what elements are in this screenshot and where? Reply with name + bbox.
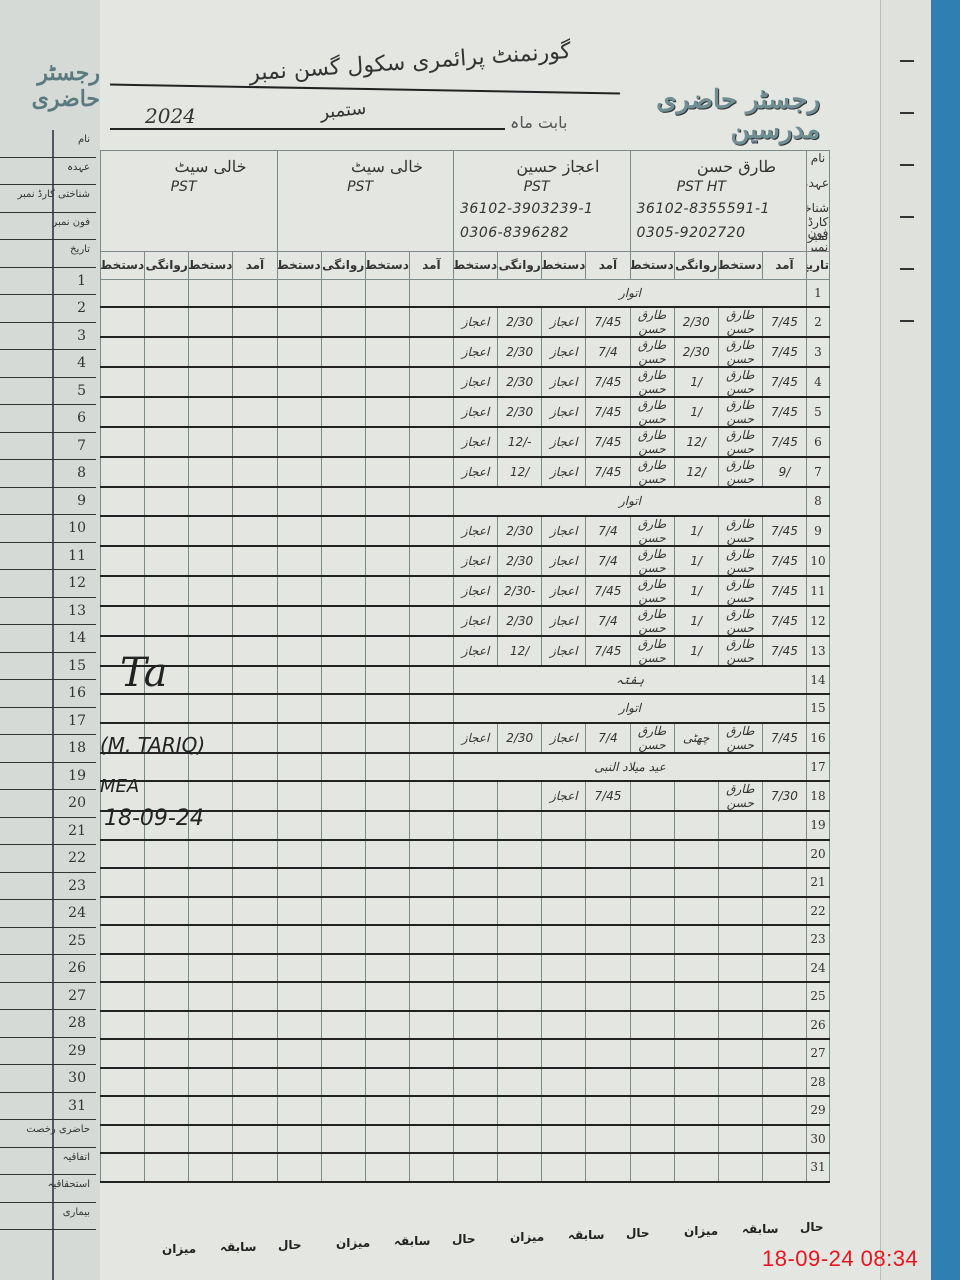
attendance-cell xyxy=(454,982,498,1011)
left-date-row: 17 xyxy=(0,708,96,736)
attendance-cell: 7/45 xyxy=(762,606,806,636)
date-cell: 4 xyxy=(807,367,830,397)
attendance-cell xyxy=(365,279,409,307)
attendance-cell xyxy=(409,307,453,337)
attendance-cell: 7/4 xyxy=(586,546,630,576)
attendance-cell xyxy=(189,694,233,723)
attendance-cell xyxy=(718,1011,762,1040)
left-date-row: 7 xyxy=(0,433,96,461)
attendance-cell xyxy=(762,811,806,840)
attendance-cell xyxy=(365,897,409,926)
footer-label: میزان xyxy=(336,1236,370,1250)
attendance-cell xyxy=(365,576,409,606)
attendance-cell xyxy=(277,576,321,606)
left-date-row: 16 xyxy=(0,680,96,708)
attendance-cell: 2/30 xyxy=(498,397,542,427)
attendance-cell xyxy=(409,367,453,397)
left-footer-row: اتفاقیہ xyxy=(0,1148,96,1176)
date-cell: 3 xyxy=(807,337,830,367)
attendance-cell xyxy=(145,367,189,397)
attendance-cell: طارق حسن xyxy=(630,427,674,457)
attendance-cell xyxy=(630,868,674,897)
attendance-cell: 7/30 xyxy=(762,781,806,811)
left-date-row: 9 xyxy=(0,488,96,516)
attendance-cell: اعجاز xyxy=(542,516,586,546)
staff-header-row: خالی سیٹPSTخالی سیٹPSTاعجاز حسینPST36102… xyxy=(101,151,830,252)
attendance-cell: 7/45 xyxy=(762,367,806,397)
holiday-note: ہفتہ xyxy=(454,666,807,695)
left-date-row: 3 xyxy=(0,323,96,351)
attendance-cell: 2/30- xyxy=(498,576,542,606)
attendance-cell xyxy=(321,982,365,1011)
staff-designation: PST xyxy=(524,179,550,195)
attendance-cell xyxy=(233,954,277,983)
left-date-number: 18 xyxy=(68,740,86,756)
attendance-cell xyxy=(586,1011,630,1040)
attendance-cell: طارق حسن xyxy=(630,636,674,666)
attendance-cell: اعجاز xyxy=(542,367,586,397)
attendance-cell xyxy=(454,868,498,897)
attendance-cell xyxy=(233,487,277,516)
attendance-cell xyxy=(365,546,409,576)
attendance-cell xyxy=(498,1125,542,1154)
attendance-cell: اعجاز xyxy=(542,427,586,457)
attendance-cell xyxy=(321,840,365,869)
attendance-cell xyxy=(233,811,277,840)
attendance-cell xyxy=(189,954,233,983)
register-title: رجسٹر حاضری مدرسین xyxy=(620,85,820,145)
staff-designation: PST xyxy=(171,179,197,195)
inspector-name: (M. TARIQ) xyxy=(100,733,205,757)
attendance-cell xyxy=(101,279,145,307)
left-date-row: 8 xyxy=(0,460,96,488)
attendance-cell: 12/- xyxy=(498,427,542,457)
attendance-cell xyxy=(586,1125,630,1154)
footer-label: سابقہ xyxy=(568,1228,604,1242)
left-date-row: 10 xyxy=(0,515,96,543)
attendance-cell xyxy=(365,1153,409,1182)
left-date-number: 5 xyxy=(77,383,86,399)
attendance-cell: اعجاز xyxy=(454,307,498,337)
attendance-cell: اعجاز xyxy=(454,723,498,753)
date-cell: 6 xyxy=(807,427,830,457)
attendance-cell xyxy=(321,753,365,782)
date-cell: 2 xyxy=(807,307,830,337)
date-cell: 29 xyxy=(807,1096,830,1125)
date-cell: 12 xyxy=(807,606,830,636)
attendance-cell xyxy=(145,546,189,576)
staff-name: طارق حسن xyxy=(697,157,776,176)
attendance-cell xyxy=(145,1125,189,1154)
attendance-cell xyxy=(145,457,189,487)
attendance-cell xyxy=(101,606,145,636)
left-date-row: 5 xyxy=(0,378,96,406)
left-date-number: 30 xyxy=(68,1070,86,1086)
attendance-cell xyxy=(101,307,145,337)
attendance-cell xyxy=(233,723,277,753)
attendance-cell xyxy=(189,868,233,897)
left-footer-label: اتفاقیہ xyxy=(63,1152,90,1163)
attendance-cell xyxy=(542,811,586,840)
attendance-cell xyxy=(365,606,409,636)
attendance-cell: طارق حسن xyxy=(718,723,762,753)
attendance-cell: 7/45 xyxy=(762,337,806,367)
attendance-cell xyxy=(277,925,321,954)
attendance-cell xyxy=(365,811,409,840)
year-value: 2024 xyxy=(145,104,196,128)
attendance-cell: 7/45 xyxy=(586,576,630,606)
attendance-cell xyxy=(101,516,145,546)
attendance-cell xyxy=(365,427,409,457)
attendance-cell: 1/ xyxy=(674,606,718,636)
attendance-cell xyxy=(762,840,806,869)
attendance-cell: 7/45 xyxy=(762,636,806,666)
attendance-cell xyxy=(718,1039,762,1068)
attendance-cell xyxy=(321,636,365,666)
attendance-cell: 7/45 xyxy=(762,576,806,606)
attendance-cell xyxy=(321,279,365,307)
attendance-row: اعجاز2/30اعجاز7/4طارق حسنچھٹیطارق حسن7/4… xyxy=(101,723,830,753)
attendance-cell xyxy=(101,694,145,723)
attendance-cell: 7/45 xyxy=(762,397,806,427)
attendance-cell xyxy=(365,982,409,1011)
inspector-signature: Ta xyxy=(120,650,167,696)
left-date-row: 1 xyxy=(0,268,96,296)
attendance-cell: 7/45 xyxy=(586,636,630,666)
attendance-cell xyxy=(101,840,145,869)
date-cell: 13 xyxy=(807,636,830,666)
attendance-cell xyxy=(498,840,542,869)
attendance-cell xyxy=(321,307,365,337)
attendance-row: اعجاز2/30اعجاز7/4طارق حسن1/طارق حسن7/459 xyxy=(101,516,830,546)
attendance-row: 21 xyxy=(101,868,830,897)
attendance-cell: طارق حسن xyxy=(630,546,674,576)
attendance-cell xyxy=(233,397,277,427)
attendance-cell xyxy=(409,279,453,307)
attendance-cell xyxy=(674,840,718,869)
attendance-cell xyxy=(277,397,321,427)
attendance-cell xyxy=(277,457,321,487)
attendance-cell xyxy=(409,427,453,457)
date-cell: 24 xyxy=(807,954,830,983)
attendance-cell xyxy=(321,1096,365,1125)
attendance-cell xyxy=(409,925,453,954)
left-date-number: 27 xyxy=(68,988,86,1004)
attendance-cell xyxy=(233,1125,277,1154)
attendance-cell xyxy=(718,1068,762,1097)
attendance-cell xyxy=(365,666,409,695)
staff-phone: 0306-8396282 xyxy=(460,225,569,241)
left-page: رجسٹر حاضری نامعہدہشناختی کارڈ نمبرفون ن… xyxy=(0,0,103,1280)
attendance-cell xyxy=(101,1096,145,1125)
attendance-cell xyxy=(277,606,321,636)
attendance-cell xyxy=(674,954,718,983)
attendance-cell xyxy=(321,954,365,983)
attendance-row: 29 xyxy=(101,1096,830,1125)
attendance-cell xyxy=(586,1153,630,1182)
staff-info: خالی سیٹPST xyxy=(278,151,454,251)
attendance-cell: طارق حسن xyxy=(630,516,674,546)
attendance-cell: طارق حسن xyxy=(630,723,674,753)
attendance-cell xyxy=(454,1125,498,1154)
attendance-cell: طارق حسن xyxy=(718,576,762,606)
attendance-cell xyxy=(101,925,145,954)
attendance-row: اعجاز2/30اعجاز7/45طارق حسن1/طارق حسن7/45… xyxy=(101,397,830,427)
attendance-cell xyxy=(321,457,365,487)
left-footer-row: بیماری xyxy=(0,1203,96,1231)
attendance-cell xyxy=(409,337,453,367)
attendance-cell xyxy=(586,1068,630,1097)
attendance-table: خالی سیٹPSTخالی سیٹPSTاعجاز حسینPST36102… xyxy=(100,150,830,1183)
attendance-cell xyxy=(321,811,365,840)
attendance-cell: طارق حسن xyxy=(718,781,762,811)
attendance-cell xyxy=(630,1096,674,1125)
attendance-cell: اعجاز xyxy=(542,337,586,367)
attendance-cell xyxy=(321,546,365,576)
date-cell: 26 xyxy=(807,1011,830,1040)
attendance-cell xyxy=(409,811,453,840)
attendance-cell xyxy=(145,427,189,457)
left-date-number: 24 xyxy=(68,905,86,921)
attendance-cell xyxy=(542,1068,586,1097)
attendance-cell: چھٹی xyxy=(674,723,718,753)
date-cell: 17 xyxy=(807,753,830,782)
date-cell: 8 xyxy=(807,487,830,516)
attendance-cell: طارق حسن xyxy=(718,516,762,546)
attendance-row: 25 xyxy=(101,982,830,1011)
attendance-cell xyxy=(365,367,409,397)
attendance-cell xyxy=(762,1153,806,1182)
attendance-cell xyxy=(498,925,542,954)
attendance-cell xyxy=(189,982,233,1011)
left-date-number: 14 xyxy=(68,630,86,646)
attendance-cell xyxy=(409,753,453,782)
staff-designation: PST HT xyxy=(677,179,726,195)
staff-phone: 0305-9202720 xyxy=(637,225,746,241)
attendance-cell xyxy=(365,516,409,546)
attendance-cell xyxy=(189,1011,233,1040)
left-date-row: 26 xyxy=(0,955,96,983)
attendance-cell xyxy=(762,1096,806,1125)
attendance-cell xyxy=(233,666,277,695)
attendance-cell: اعجاز xyxy=(542,781,586,811)
attendance-cell xyxy=(365,868,409,897)
left-date-number: 21 xyxy=(68,823,86,839)
column-header: دستخط xyxy=(630,252,674,280)
attendance-cell xyxy=(674,811,718,840)
attendance-cell xyxy=(454,1039,498,1068)
attendance-cell xyxy=(454,1153,498,1182)
attendance-cell xyxy=(145,1068,189,1097)
attendance-cell xyxy=(321,606,365,636)
attendance-cell: 7/45 xyxy=(586,457,630,487)
attendance-cell xyxy=(321,781,365,811)
attendance-cell xyxy=(145,1011,189,1040)
attendance-cell xyxy=(409,954,453,983)
attendance-cell xyxy=(321,516,365,546)
left-date-number: 3 xyxy=(77,328,86,344)
attendance-cell: اعجاز xyxy=(542,546,586,576)
attendance-cell: طارق حسن xyxy=(718,427,762,457)
attendance-cell xyxy=(409,606,453,636)
attendance-cell xyxy=(189,516,233,546)
attendance-cell xyxy=(542,1153,586,1182)
attendance-cell: طارق حسن xyxy=(630,457,674,487)
staff-name: خالی سیٹ xyxy=(174,157,246,176)
attendance-cell xyxy=(145,897,189,926)
left-date-number: 26 xyxy=(68,960,86,976)
left-date-number: 1 xyxy=(77,273,86,289)
attendance-cell: 12/ xyxy=(498,636,542,666)
attendance-cell xyxy=(277,516,321,546)
attendance-cell: اعجاز xyxy=(542,397,586,427)
attendance-cell: اعجاز xyxy=(454,546,498,576)
attendance-cell: 9/ xyxy=(762,457,806,487)
attendance-cell xyxy=(586,840,630,869)
attendance-cell xyxy=(321,666,365,695)
attendance-cell: 7/45 xyxy=(586,367,630,397)
attendance-cell xyxy=(277,427,321,457)
attendance-cell xyxy=(762,1039,806,1068)
attendance-cell xyxy=(674,1125,718,1154)
attendance-cell xyxy=(409,516,453,546)
left-date-row: 25 xyxy=(0,928,96,956)
attendance-cell xyxy=(277,1068,321,1097)
attendance-cell xyxy=(145,954,189,983)
attendance-cell: 7/45 xyxy=(586,307,630,337)
attendance-cell xyxy=(674,925,718,954)
attendance-cell xyxy=(454,954,498,983)
left-date-number: 20 xyxy=(68,795,86,811)
attendance-cell xyxy=(277,1011,321,1040)
attendance-cell xyxy=(233,753,277,782)
attendance-row: 26 xyxy=(101,1011,830,1040)
attendance-cell: اعجاز xyxy=(454,367,498,397)
attendance-cell: اعجاز xyxy=(542,606,586,636)
attendance-cell xyxy=(630,982,674,1011)
month-line xyxy=(110,128,505,130)
attendance-cell xyxy=(762,925,806,954)
staff-column-header: خالی سیٹPST xyxy=(101,151,278,252)
attendance-cell xyxy=(365,1068,409,1097)
attendance-cell: طارق حسن xyxy=(718,546,762,576)
left-date-number: 13 xyxy=(68,603,86,619)
attendance-cell xyxy=(277,546,321,576)
attendance-cell xyxy=(145,1096,189,1125)
row-label: عہدہ xyxy=(807,176,829,201)
attendance-row: اعجاز2/30اعجاز7/4طارق حسن2/30طارق حسن7/4… xyxy=(101,337,830,367)
column-header: دستخط xyxy=(454,252,498,280)
column-header: دستخط xyxy=(718,252,762,280)
attendance-cell: طارق حسن xyxy=(630,337,674,367)
left-page-grid: نامعہدہشناختی کارڈ نمبرفون نمبرتاریخ1234… xyxy=(0,130,96,1230)
attendance-cell xyxy=(233,1153,277,1182)
inspector-designation: MEA xyxy=(100,776,139,797)
attendance-cell: 12/ xyxy=(674,427,718,457)
attendance-cell: 7/45 xyxy=(762,516,806,546)
attendance-cell xyxy=(409,1068,453,1097)
attendance-cell xyxy=(101,337,145,367)
attendance-cell xyxy=(498,1039,542,1068)
attendance-cell: 2/30 xyxy=(498,546,542,576)
attendance-cell xyxy=(145,487,189,516)
attendance-cell xyxy=(101,487,145,516)
attendance-cell xyxy=(762,1068,806,1097)
attendance-cell xyxy=(101,457,145,487)
attendance-cell xyxy=(189,337,233,367)
attendance-cell: طارق حسن xyxy=(630,606,674,636)
attendance-cell xyxy=(277,982,321,1011)
left-date-number: 7 xyxy=(77,438,86,454)
date-cell: 5 xyxy=(807,397,830,427)
attendance-cell xyxy=(762,982,806,1011)
attendance-cell xyxy=(586,1096,630,1125)
attendance-cell xyxy=(233,457,277,487)
attendance-cell xyxy=(365,840,409,869)
attendance-row: اعجاز2/30اعجاز7/4طارق حسن1/طارق حسن7/451… xyxy=(101,546,830,576)
attendance-cell xyxy=(718,954,762,983)
attendance-cell: اعجاز xyxy=(454,636,498,666)
attendance-cell xyxy=(762,954,806,983)
attendance-cell xyxy=(365,307,409,337)
attendance-cell xyxy=(718,1125,762,1154)
attendance-cell xyxy=(454,1096,498,1125)
attendance-cell: 2/30 xyxy=(498,723,542,753)
attendance-cell xyxy=(101,1153,145,1182)
date-cell: 16 xyxy=(807,723,830,753)
attendance-cell xyxy=(189,397,233,427)
attendance-cell: 7/45 xyxy=(762,546,806,576)
attendance-cell xyxy=(762,897,806,926)
attendance-cell xyxy=(630,1068,674,1097)
footer-label: سابقہ xyxy=(742,1222,778,1236)
date-cell: 18 xyxy=(807,781,830,811)
attendance-cell xyxy=(409,897,453,926)
attendance-cell xyxy=(277,781,321,811)
attendance-cell xyxy=(498,1011,542,1040)
attendance-cell xyxy=(101,897,145,926)
attendance-cell xyxy=(321,337,365,367)
attendance-cell xyxy=(409,1153,453,1182)
footer-label: حال xyxy=(800,1220,824,1234)
index-tabs xyxy=(900,30,920,342)
column-header: دستخط xyxy=(189,252,233,280)
left-date-number: 23 xyxy=(68,878,86,894)
inspection-date: 18-09-24 xyxy=(104,806,204,831)
attendance-cell xyxy=(674,982,718,1011)
left-date-number: 9 xyxy=(77,493,86,509)
attendance-cell: 7/4 xyxy=(586,723,630,753)
left-header-label: نام xyxy=(78,134,90,145)
left-date-row: 18 xyxy=(0,735,96,763)
attendance-cell xyxy=(630,811,674,840)
attendance-cell xyxy=(233,1011,277,1040)
attendance-cell xyxy=(233,367,277,397)
attendance-cell xyxy=(498,868,542,897)
attendance-cell xyxy=(233,1068,277,1097)
attendance-cell xyxy=(233,606,277,636)
attendance-cell xyxy=(145,279,189,307)
attendance-row: 30 xyxy=(101,1125,830,1154)
attendance-cell: اعجاز xyxy=(542,723,586,753)
attendance-row: اتوار8 xyxy=(101,487,830,516)
column-header: دستخط xyxy=(101,252,145,280)
left-date-row: 19 xyxy=(0,763,96,791)
attendance-cell xyxy=(321,868,365,897)
attendance-row: اعجاز2/30اعجاز7/4طارق حسن1/طارق حسن7/451… xyxy=(101,606,830,636)
date-header: تاریخ xyxy=(807,252,830,280)
attendance-cell xyxy=(101,546,145,576)
